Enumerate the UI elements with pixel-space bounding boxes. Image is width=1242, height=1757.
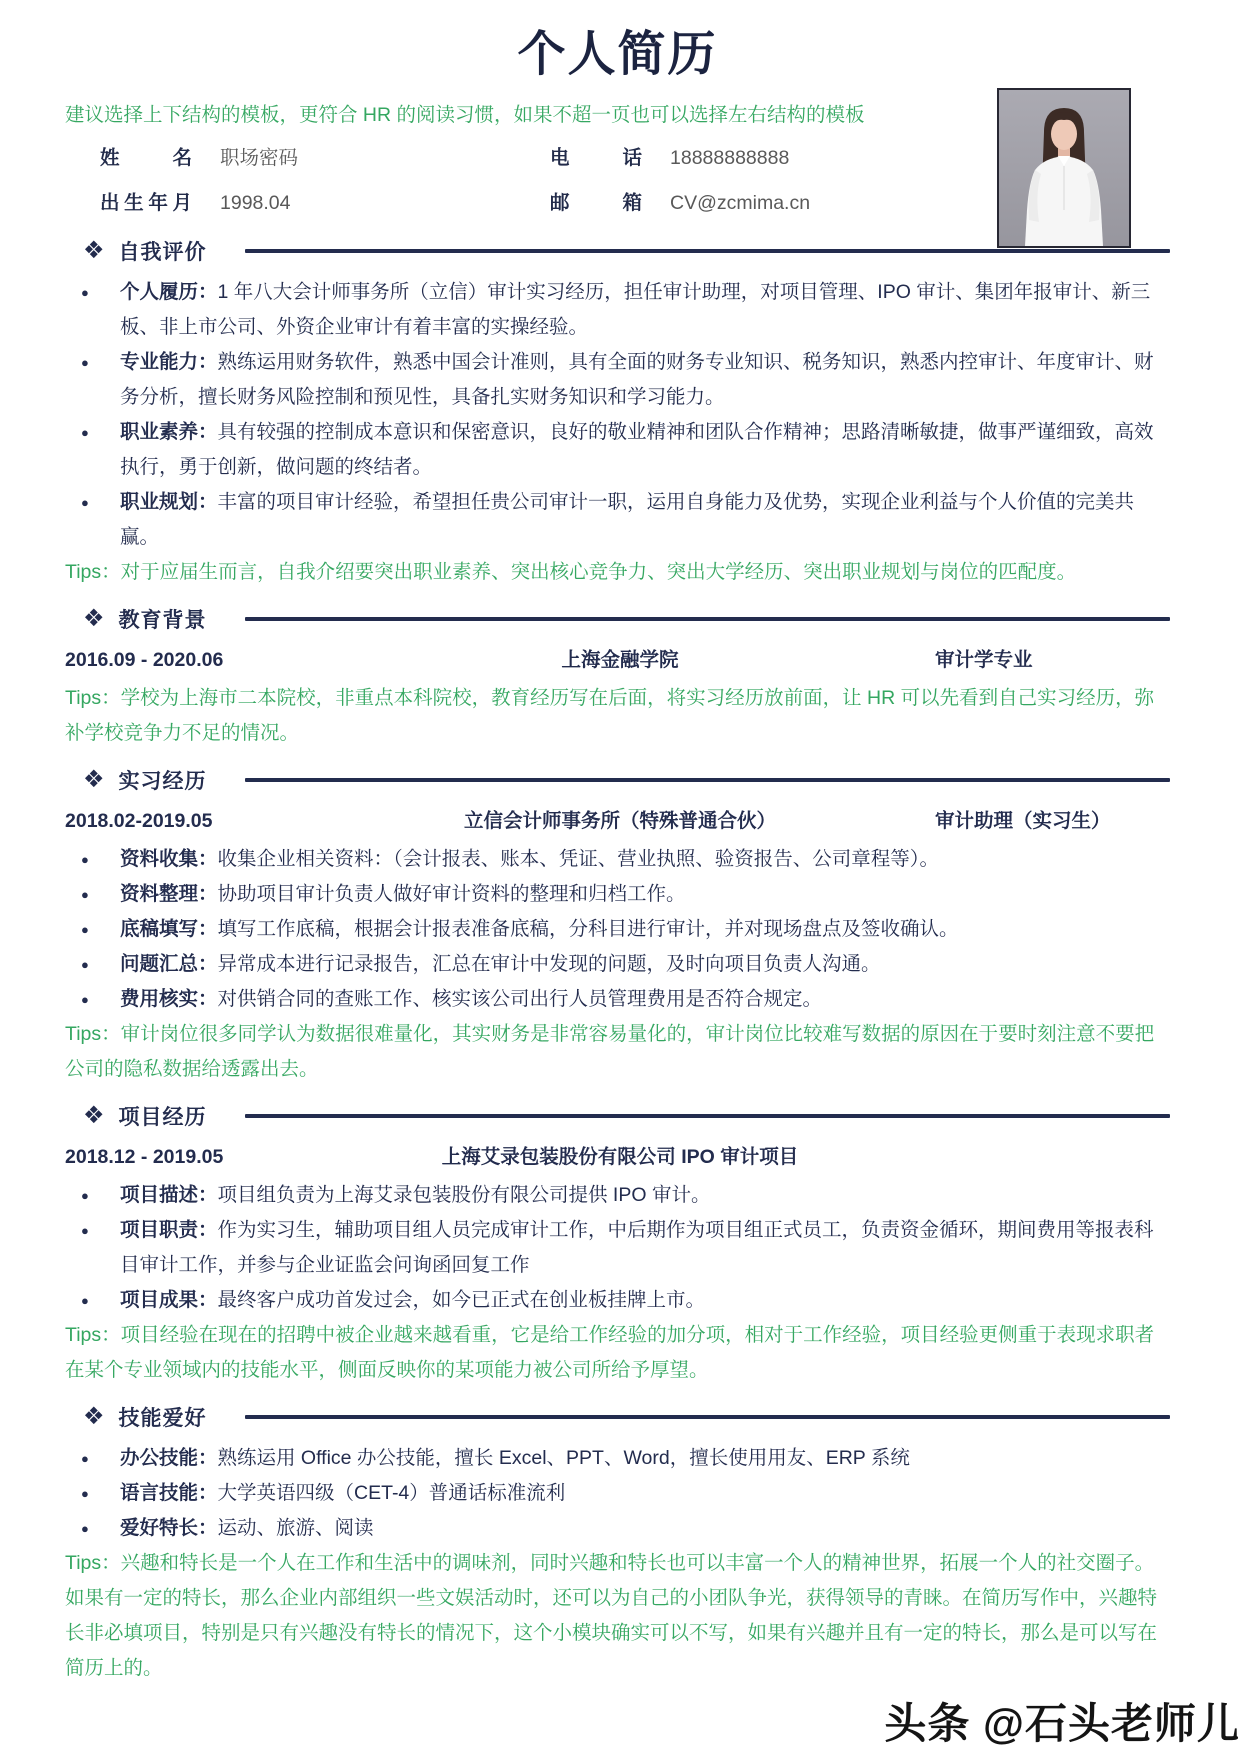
- section-divider-line: [245, 1114, 1170, 1118]
- bullet-icon: ●: [81, 947, 89, 982]
- bullet-icon: ●: [81, 275, 89, 310]
- bullet-text: 熟练运用财务软件，熟悉中国会计准则，具有全面的财务专业知识、税务知识，熟悉内控审…: [120, 351, 1154, 408]
- education-major: 审计学专业: [935, 643, 1170, 678]
- field-label: 电话: [550, 141, 642, 175]
- bullet-icon: ●: [81, 912, 89, 947]
- bullet-list: ● 资料收集：收集企业相关资料：（会计报表、账本、凭证、营业执照、验资报告、公司…: [65, 842, 1170, 1017]
- bullet-label: 问题汇总：: [120, 953, 218, 975]
- bullet-list: ● 项目描述：项目组负责为上海艾录包装股份有限公司提供 IPO 审计。 ● 项目…: [65, 1178, 1170, 1318]
- section-title: 教育背景: [119, 604, 207, 634]
- field-value: CV@zcmima.cn: [670, 192, 810, 214]
- page-title: 个人简历: [65, 24, 1170, 86]
- watermark-text: 头条 @石头老师儿: [884, 1691, 1240, 1751]
- bullet-icon: ●: [81, 415, 89, 450]
- section-header-education: ❖ 教育背景: [65, 604, 1170, 634]
- bullet-item: ● 费用核实：对供销合同的查账工作、核实该公司出行人员管理费用是否符合规定。: [65, 982, 1170, 1017]
- tips-text: Tips：兴趣和特长是一个人在工作和生活中的调味剂，同时兴趣和特长也可以丰富一个…: [65, 1546, 1170, 1686]
- section-divider-line: [245, 1415, 1170, 1419]
- education-date: 2016.09 - 2020.06: [65, 643, 305, 678]
- bullet-label: 职业素养：: [120, 421, 218, 443]
- field-label: 出生年月: [100, 186, 192, 220]
- bullet-label: 职业规划：: [120, 491, 218, 513]
- bullet-text: 项目组负责为上海艾录包装股份有限公司提供 IPO 审计。: [218, 1184, 711, 1206]
- bullet-icon: ●: [81, 842, 89, 877]
- diamond-icon: ❖: [83, 1405, 105, 1429]
- bullet-text: 具有较强的控制成本意识和保密意识，良好的敬业精神和团队合作精神；思路清晰敏捷，做…: [120, 421, 1154, 478]
- section-title: 实习经历: [119, 765, 207, 795]
- section-divider-line: [245, 778, 1170, 782]
- bullet-icon: ●: [81, 485, 89, 520]
- bullet-icon: ●: [81, 877, 89, 912]
- bullet-label: 爱好特长：: [120, 1517, 218, 1539]
- bullet-list: ● 办公技能：熟练运用 Office 办公技能，擅长 Excel、PPT、Wor…: [65, 1441, 1170, 1546]
- bullet-label: 资料整理：: [120, 883, 218, 905]
- profile-photo-illustration: [999, 90, 1129, 246]
- bullet-item: ● 项目成果：最终客户成功首发过会，如今已正式在创业板挂牌上市。: [65, 1283, 1170, 1318]
- bullet-item: ● 职业规划：丰富的项目审计经验，希望担任贵公司审计一职，运用自身能力及优势，实…: [65, 485, 1170, 555]
- tips-text: Tips：学校为上海市二本院校，非重点本科院校，教育经历写在后面，将实习经历放前…: [65, 681, 1170, 751]
- section-title: 项目经历: [119, 1101, 207, 1131]
- profile-field: 出生年月1998.04: [100, 186, 550, 222]
- bullet-icon: ●: [81, 1283, 89, 1318]
- bullet-text: 对供销合同的查账工作、核实该公司出行人员管理费用是否符合规定。: [218, 988, 823, 1010]
- section-divider-line: [245, 249, 1170, 253]
- internship-date: 2018.02-2019.05: [65, 804, 305, 839]
- bullet-label: 办公技能：: [120, 1447, 218, 1469]
- field-label: 邮箱: [550, 186, 642, 220]
- bullet-item: ● 项目职责：作为实习生，辅助项目组人员完成审计工作，中后期作为项目组正式员工，…: [65, 1213, 1170, 1283]
- project-name: 上海艾录包装股份有限公司 IPO 审计项目: [305, 1140, 935, 1175]
- section-header-project: ❖ 项目经历: [65, 1101, 1170, 1131]
- tips-text: Tips：审计岗位很多同学认为数据很难量化，其实财务是非常容易量化的，审计岗位比…: [65, 1017, 1170, 1087]
- bullet-item: ● 个人履历：1 年八大会计师事务所（立信）审计实习经历，担任审计助理，对项目管…: [65, 275, 1170, 345]
- bullet-label: 项目描述：: [120, 1184, 218, 1206]
- bullet-icon: ●: [81, 1178, 89, 1213]
- bullet-icon: ●: [81, 1476, 89, 1511]
- bullet-label: 资料收集：: [120, 848, 218, 870]
- bullet-label: 费用核实：: [120, 988, 218, 1010]
- section-title: 技能爱好: [119, 1402, 207, 1432]
- bullet-item: ● 项目描述：项目组负责为上海艾录包装股份有限公司提供 IPO 审计。: [65, 1178, 1170, 1213]
- bullet-label: 语言技能：: [120, 1482, 218, 1504]
- internship-row: 2018.02-2019.05 立信会计师事务所（特殊普通合伙） 审计助理（实习…: [65, 804, 1170, 839]
- internship-company: 立信会计师事务所（特殊普通合伙）: [305, 804, 935, 839]
- bullet-text: 丰富的项目审计经验，希望担任贵公司审计一职，运用自身能力及优势，实现企业利益与个…: [120, 491, 1134, 548]
- project-date: 2018.12 - 2019.05: [65, 1140, 305, 1175]
- bullet-item: ● 爱好特长：运动、旅游、阅读: [65, 1511, 1170, 1546]
- project-row-spacer: [935, 1140, 1170, 1175]
- bullet-icon: ●: [81, 1213, 89, 1248]
- bullet-item: ● 底稿填写：填写工作底稿，根据会计报表准备底稿，分科目进行审计，并对现场盘点及…: [65, 912, 1170, 947]
- bullet-label: 专业能力：: [120, 351, 218, 373]
- bullet-text: 运动、旅游、阅读: [218, 1517, 374, 1539]
- bullet-icon: ●: [81, 345, 89, 380]
- bullet-item: ● 资料收集：收集企业相关资料：（会计报表、账本、凭证、营业执照、验资报告、公司…: [65, 842, 1170, 877]
- bullet-list: ● 个人履历：1 年八大会计师事务所（立信）审计实习经历，担任审计助理，对项目管…: [65, 275, 1170, 555]
- bullet-item: ● 职业素养：具有较强的控制成本意识和保密意识，良好的敬业精神和团队合作精神；思…: [65, 415, 1170, 485]
- diamond-icon: ❖: [83, 1104, 105, 1128]
- bullet-label: 个人履历：: [120, 281, 218, 303]
- field-value: 1998.04: [220, 192, 291, 214]
- bullet-item: ● 资料整理：协助项目审计负责人做好审计资料的整理和归档工作。: [65, 877, 1170, 912]
- section-header-internship: ❖ 实习经历: [65, 765, 1170, 795]
- diamond-icon: ❖: [83, 768, 105, 792]
- bullet-label: 底稿填写：: [120, 918, 218, 940]
- diamond-icon: ❖: [83, 239, 105, 263]
- bullet-text: 大学英语四级（CET-4）普通话标准流利: [218, 1482, 566, 1504]
- project-row: 2018.12 - 2019.05 上海艾录包装股份有限公司 IPO 审计项目: [65, 1140, 1170, 1175]
- education-school: 上海金融学院: [305, 643, 935, 678]
- bullet-icon: ●: [81, 1511, 89, 1546]
- bullet-text: 熟练运用 Office 办公技能，擅长 Excel、PPT、Word，擅长使用用…: [218, 1447, 910, 1469]
- profile-photo: [997, 88, 1131, 248]
- section-divider-line: [245, 617, 1170, 621]
- bullet-text: 收集企业相关资料：（会计报表、账本、凭证、营业执照、验资报告、公司章程等）。: [218, 848, 940, 870]
- bullet-text: 作为实习生，辅助项目组人员完成审计工作，中后期作为项目组正式员工，负责资金循环，…: [120, 1219, 1154, 1276]
- tips-text: Tips：对于应届生而言，自我介绍要突出职业素养、突出核心竞争力、突出大学经历、…: [65, 555, 1170, 590]
- tips-text: Tips：项目经验在现在的招聘中被企业越来越看重，它是给工作经验的加分项，相对于…: [65, 1318, 1170, 1388]
- resume-page: 个人简历 建议选择上下结构的模板，更符合 HR 的阅读习惯，如果不超一页也可以选…: [0, 0, 1242, 1686]
- section-title: 自我评价: [119, 236, 207, 266]
- education-row: 2016.09 - 2020.06 上海金融学院 审计学专业: [65, 643, 1170, 678]
- bullet-icon: ●: [81, 1441, 89, 1476]
- bullet-text: 最终客户成功首发过会，如今已正式在创业板挂牌上市。: [218, 1289, 706, 1311]
- bullet-label: 项目职责：: [120, 1219, 218, 1241]
- bullet-item: ● 专业能力：熟练运用财务软件，熟悉中国会计准则，具有全面的财务专业知识、税务知…: [65, 345, 1170, 415]
- field-value: 职场密码: [220, 147, 298, 169]
- internship-role: 审计助理（实习生）: [935, 804, 1170, 839]
- field-label: 姓名: [100, 141, 192, 175]
- bullet-label: 项目成果：: [120, 1289, 218, 1311]
- bullet-item: ● 语言技能：大学英语四级（CET-4）普通话标准流利: [65, 1476, 1170, 1511]
- field-value: 18888888888: [670, 147, 789, 169]
- bullet-text: 异常成本进行记录报告，汇总在审计中发现的问题，及时向项目负责人沟通。: [218, 953, 881, 975]
- profile-field: 姓名职场密码: [100, 141, 550, 177]
- bullet-text: 协助项目审计负责人做好审计资料的整理和归档工作。: [218, 883, 686, 905]
- diamond-icon: ❖: [83, 607, 105, 631]
- bullet-text: 1 年八大会计师事务所（立信）审计实习经历，担任审计助理，对项目管理、IPO 审…: [120, 281, 1150, 338]
- bullet-icon: ●: [81, 982, 89, 1017]
- bullet-text: 填写工作底稿，根据会计报表准备底稿，分科目进行审计，并对现场盘点及签收确认。: [218, 918, 959, 940]
- bullet-item: ● 问题汇总：异常成本进行记录报告，汇总在审计中发现的问题，及时向项目负责人沟通…: [65, 947, 1170, 982]
- bullet-item: ● 办公技能：熟练运用 Office 办公技能，擅长 Excel、PPT、Wor…: [65, 1441, 1170, 1476]
- section-header-skills: ❖ 技能爱好: [65, 1402, 1170, 1432]
